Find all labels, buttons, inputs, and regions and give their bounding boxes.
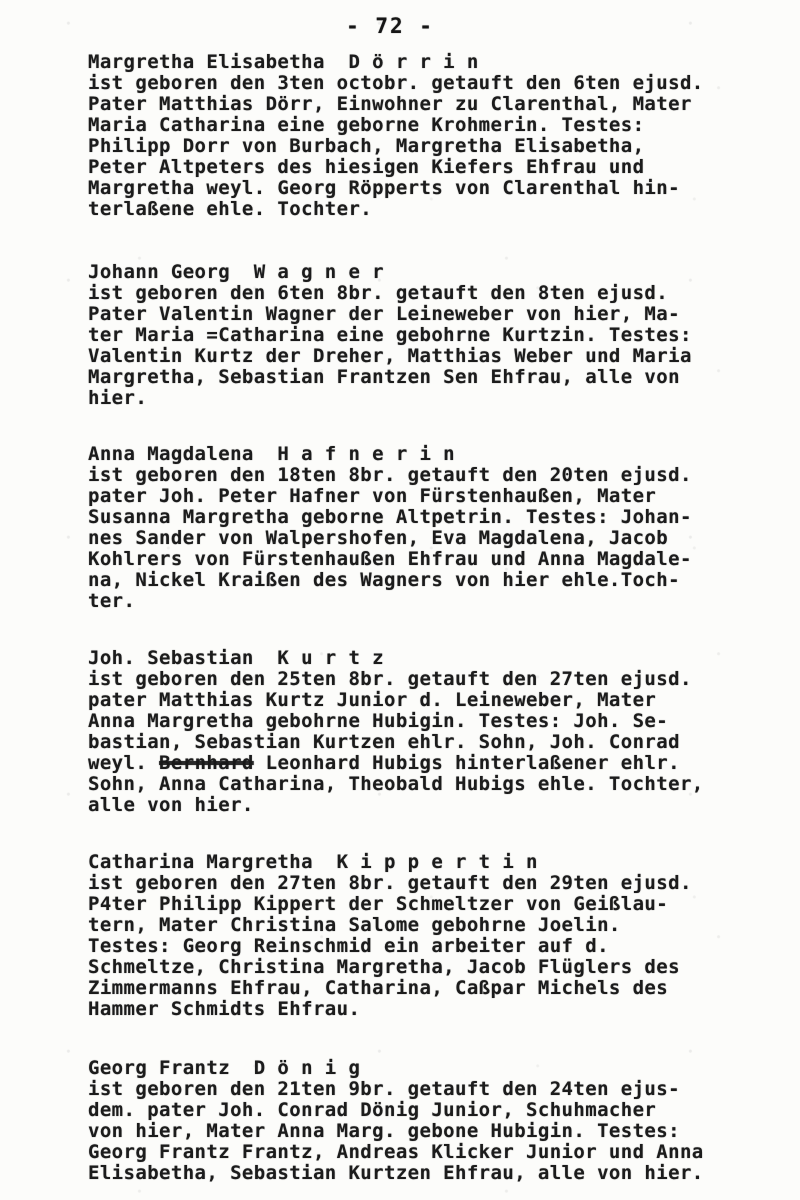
- entry-line: Sohn, Anna Catharina, Theobald Hubigs eh…: [88, 774, 748, 795]
- entry-line: ist geboren den 25ten 8br. getauft den 2…: [88, 669, 748, 690]
- entry-line: Valentin Kurtz der Dreher, Matthias Webe…: [88, 346, 748, 367]
- page-number: - 72 -: [0, 14, 780, 38]
- entry-line: ter.: [88, 591, 748, 612]
- entry-line: ter Maria =Catharina eine gebohrne Kurtz…: [88, 325, 748, 346]
- entry-line: alle von hier.: [88, 795, 748, 816]
- entry-title: Catharina Margretha K i p p e r t i n: [88, 852, 748, 873]
- entry-line: Pater Valentin Wagner der Leineweber von…: [88, 304, 748, 325]
- baptism-entry-hafnerin: Anna Magdalena H a f n e r i n ist gebor…: [88, 444, 748, 612]
- entry-line: pater Joh. Peter Hafner von Fürstenhauße…: [88, 486, 748, 507]
- entry-line: terlaßene ehle. Tochter.: [88, 199, 748, 220]
- entry-title: Joh. Sebastian K u r t z: [88, 648, 748, 669]
- entry-line: Elisabetha, Sebastian Kurtzen Ehfrau, al…: [88, 1163, 748, 1184]
- entry-line: Peter Altpeters des hiesigen Kiefers Ehf…: [88, 157, 748, 178]
- entry-line: ist geboren den 21ten 9br. getauft den 2…: [88, 1079, 748, 1100]
- entry-line: nes Sander von Walpershofen, Eva Magdale…: [88, 528, 748, 549]
- entry-line: hier.: [88, 388, 748, 409]
- strikeout-pre-text: weyl.: [88, 752, 159, 774]
- entry-line: Philipp Dorr von Burbach, Margretha Elis…: [88, 136, 748, 157]
- struck-word: Bernhard: [159, 752, 254, 774]
- entry-line: ist geboren den 27ten 8br. getauft den 2…: [88, 873, 748, 894]
- entry-title: Georg Frantz D ö n i g: [88, 1058, 748, 1079]
- entry-line: Zimmermanns Ehfrau, Catharina, Caßpar Mi…: [88, 978, 748, 999]
- entry-line: von hier, Mater Anna Marg. gebone Hubigi…: [88, 1121, 748, 1142]
- entry-line: bastian, Sebastian Kurtzen ehlr. Sohn, J…: [88, 732, 748, 753]
- entry-line: P4ter Philipp Kippert der Schmeltzer von…: [88, 894, 748, 915]
- entry-title: Johann Georg W a g n e r: [88, 262, 748, 283]
- baptism-entry-doenig: Georg Frantz D ö n i g ist geboren den 2…: [88, 1058, 748, 1184]
- entry-line: Susanna Margretha geborne Altpetrin. Tes…: [88, 507, 748, 528]
- entry-line: ist geboren den 6ten 8br. getauft den 8t…: [88, 283, 748, 304]
- entry-line: tern, Mater Christina Salome gebohrne Jo…: [88, 915, 748, 936]
- entry-line: Margretha, Sebastian Frantzen Sen Ehfrau…: [88, 367, 748, 388]
- entry-line: Georg Frantz Frantz, Andreas Klicker Jun…: [88, 1142, 748, 1163]
- entry-line: Anna Margretha gebohrne Hubigin. Testes:…: [88, 711, 748, 732]
- entry-line: na, Nickel Kraißen des Wagners von hier …: [88, 570, 748, 591]
- entry-line: pater Matthias Kurtz Junior d. Leinewebe…: [88, 690, 748, 711]
- entry-line: ist geboren den 3ten octobr. getauft den…: [88, 73, 748, 94]
- strikeout-post-text: Leonhard Hubigs hinterlaßener ehlr.: [254, 752, 680, 774]
- baptism-entry-doerrin: Margretha Elisabetha D ö r r i n ist geb…: [88, 52, 748, 220]
- entry-line: Maria Catharina eine geborne Krohmerin. …: [88, 115, 748, 136]
- entry-line: Testes: Georg Reinschmid ein arbeiter au…: [88, 936, 748, 957]
- entry-line: Schmeltze, Christina Margretha, Jacob Fl…: [88, 957, 748, 978]
- baptism-entry-wagner: Johann Georg W a g n e r ist geboren den…: [88, 262, 748, 409]
- entry-line: ist geboren den 18ten 8br. getauft den 2…: [88, 465, 748, 486]
- entry-line: Kohlrers von Fürstenhaußen Ehfrau und An…: [88, 549, 748, 570]
- baptism-entry-kippertin: Catharina Margretha K i p p e r t i n is…: [88, 852, 748, 1020]
- entry-title: Anna Magdalena H a f n e r i n: [88, 444, 748, 465]
- entry-line: Margretha weyl. Georg Röpperts von Clare…: [88, 178, 748, 199]
- entry-line: Pater Matthias Dörr, Einwohner zu Claren…: [88, 94, 748, 115]
- entry-line-with-strikeout: weyl. Bernhard Leonhard Hubigs hinterlaß…: [88, 753, 748, 774]
- entry-line: Hammer Schmidts Ehfrau.: [88, 999, 748, 1020]
- entry-title: Margretha Elisabetha D ö r r i n: [88, 52, 748, 73]
- entry-line: dem. pater Joh. Conrad Dönig Junior, Sch…: [88, 1100, 748, 1121]
- baptism-entry-kurtz: Joh. Sebastian K u r t z ist geboren den…: [88, 648, 748, 816]
